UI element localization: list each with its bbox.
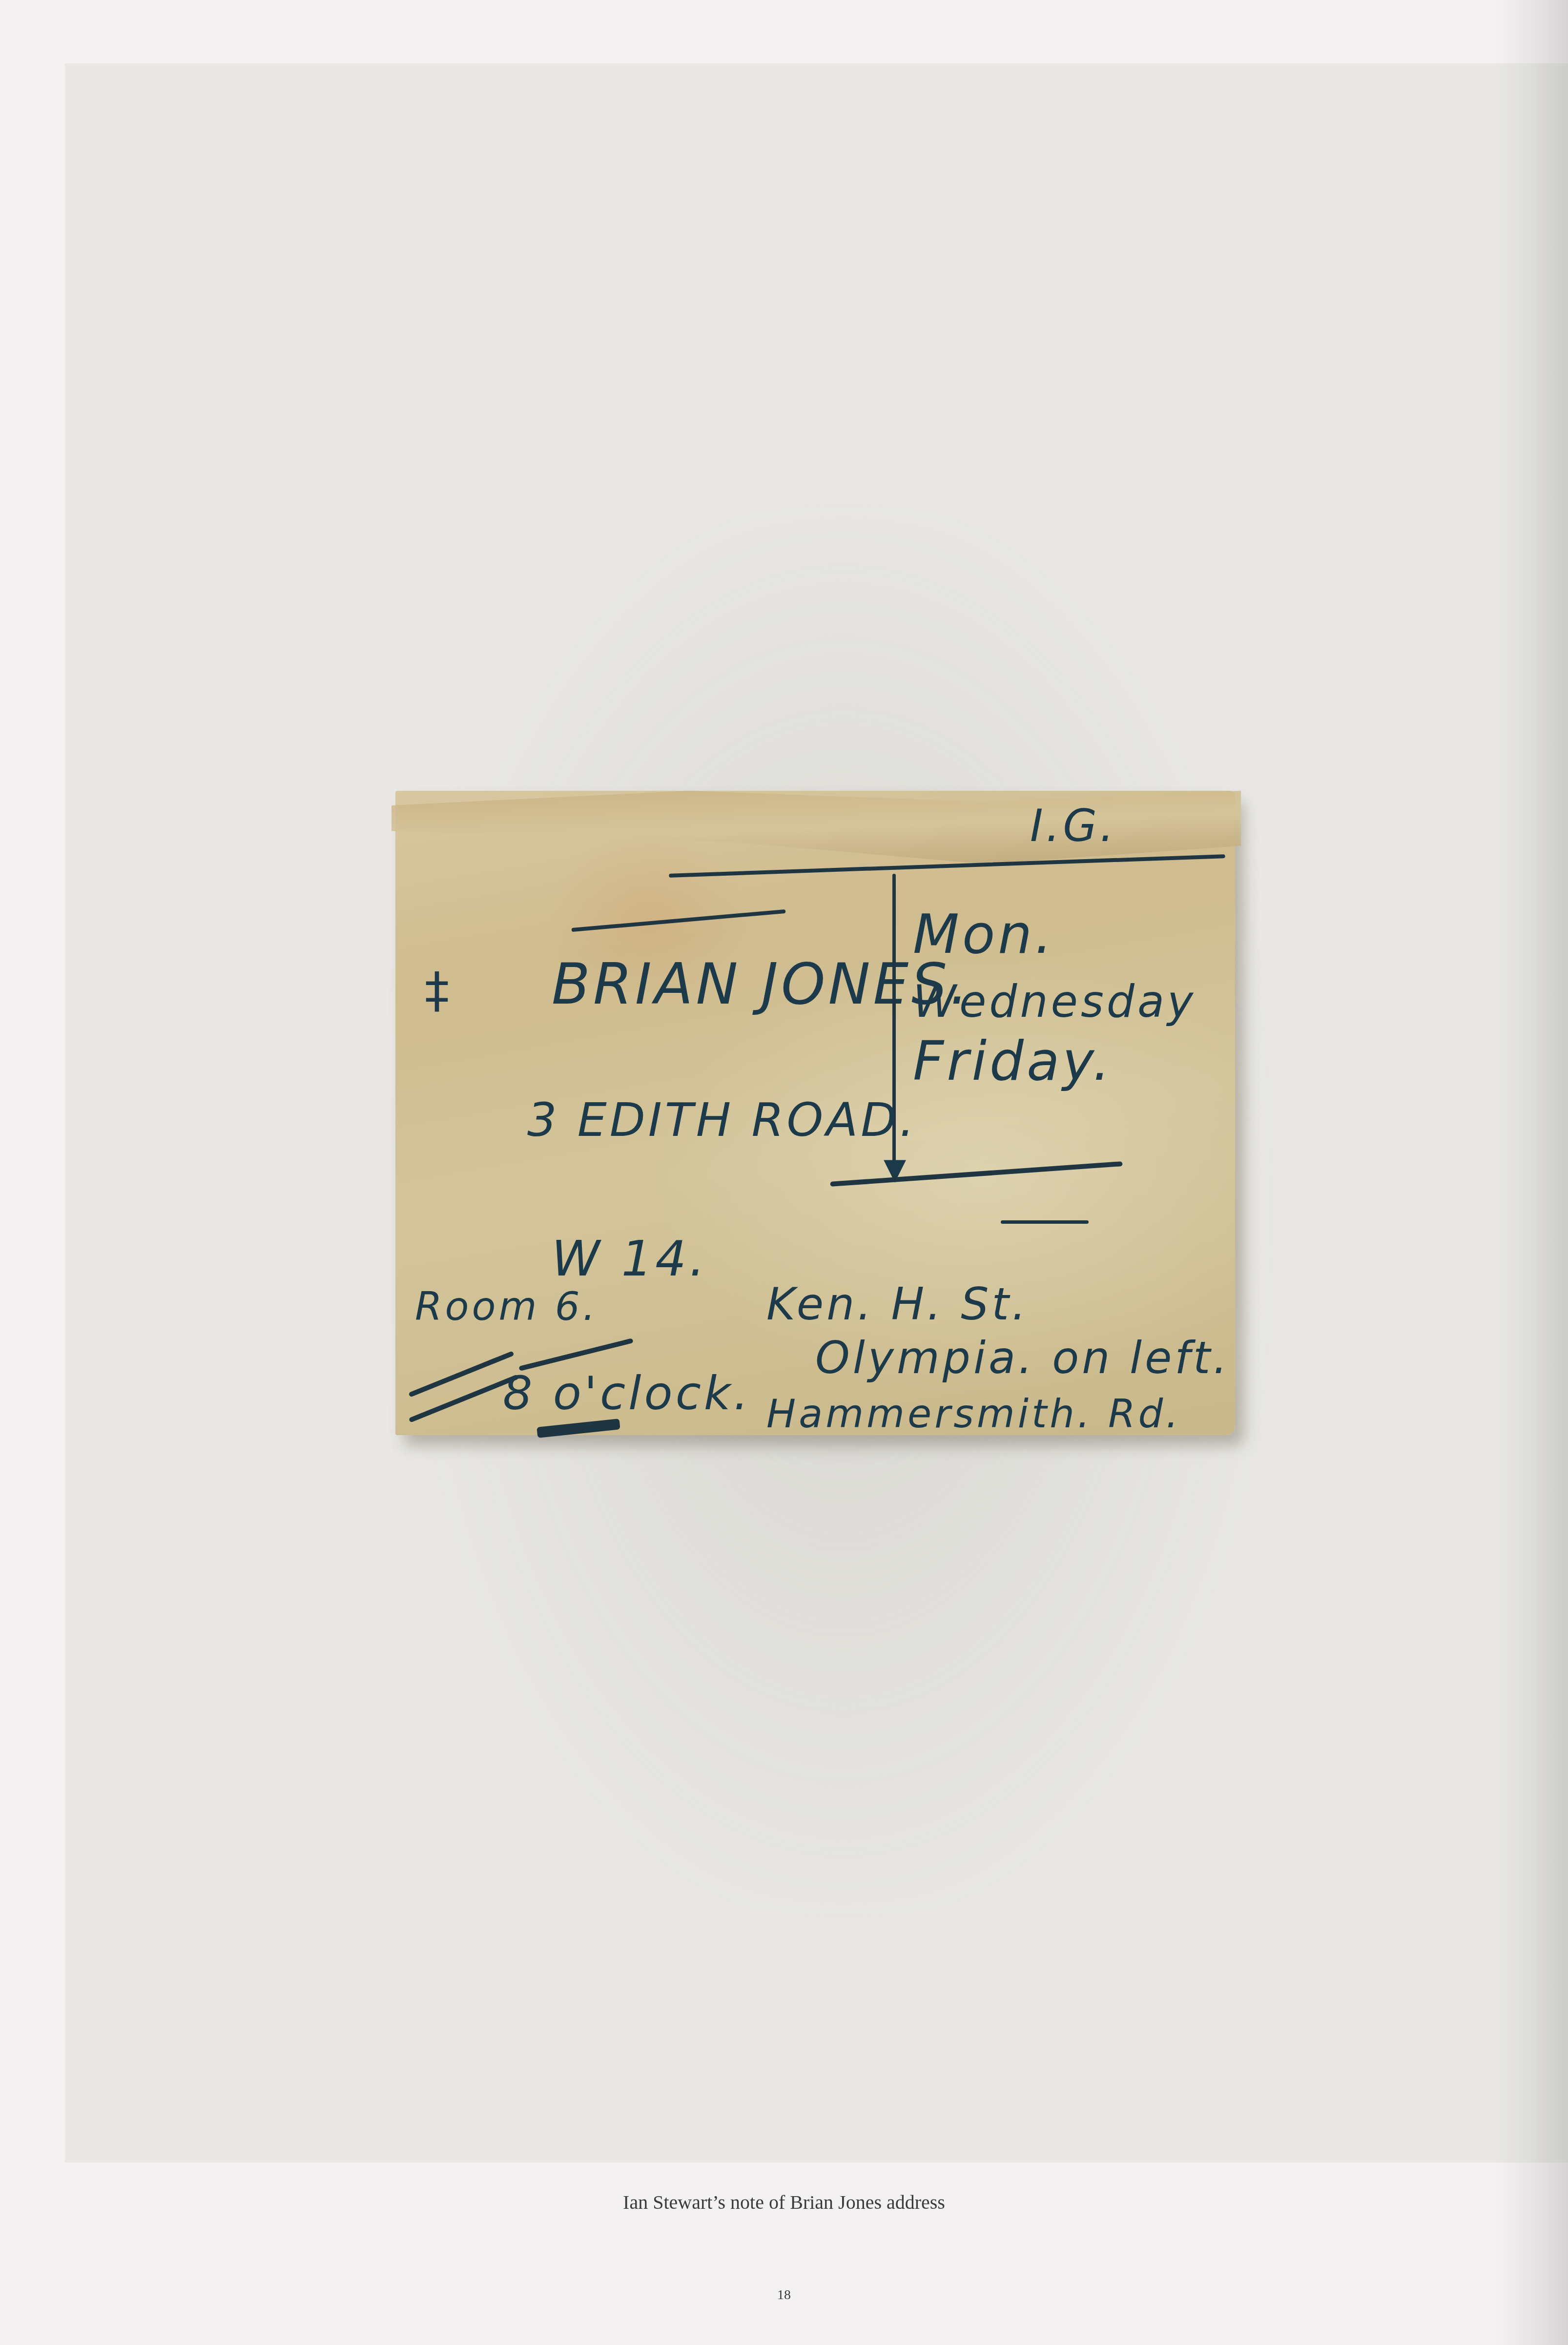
figure-caption: Ian Stewart’s note of Brian Jones addres…	[0, 2191, 1568, 2214]
note-direction-3: Hammersmith. Rd.	[766, 1391, 1181, 1437]
note-day-mon: Mon.	[913, 903, 1055, 966]
note-rule-short	[1001, 1220, 1089, 1224]
note-rule-mid	[830, 1161, 1122, 1187]
note-initials: I.G.	[1030, 801, 1117, 852]
note-direction-2: Olympia. on left.	[815, 1333, 1230, 1384]
note-day-friday: Friday.	[913, 1030, 1113, 1092]
note-address-line1: 3 EDITH ROAD.	[527, 1093, 917, 1147]
note-time: 8 o'clock.	[503, 1367, 751, 1420]
handwritten-note: I.G. ‡ BRIAN JONES. ▼ Mon. Wednesday Fri…	[395, 791, 1235, 1435]
page-number: 18	[0, 2287, 1568, 2303]
note-address-line2: W 14.	[552, 1230, 708, 1287]
note-room: Room 6.	[415, 1284, 598, 1329]
note-arrow-line	[571, 909, 785, 932]
note-direction-1: Ken. H. St.	[766, 1279, 1029, 1330]
note-rule-room-a	[518, 1338, 633, 1371]
note-name: BRIAN JONES.	[552, 952, 971, 1017]
note-day-wednesday: Wednesday	[913, 976, 1196, 1028]
note-rule-room-b	[409, 1351, 515, 1397]
note-ink-smudge	[536, 1419, 620, 1438]
note-mark-icon: ‡	[425, 962, 452, 1019]
